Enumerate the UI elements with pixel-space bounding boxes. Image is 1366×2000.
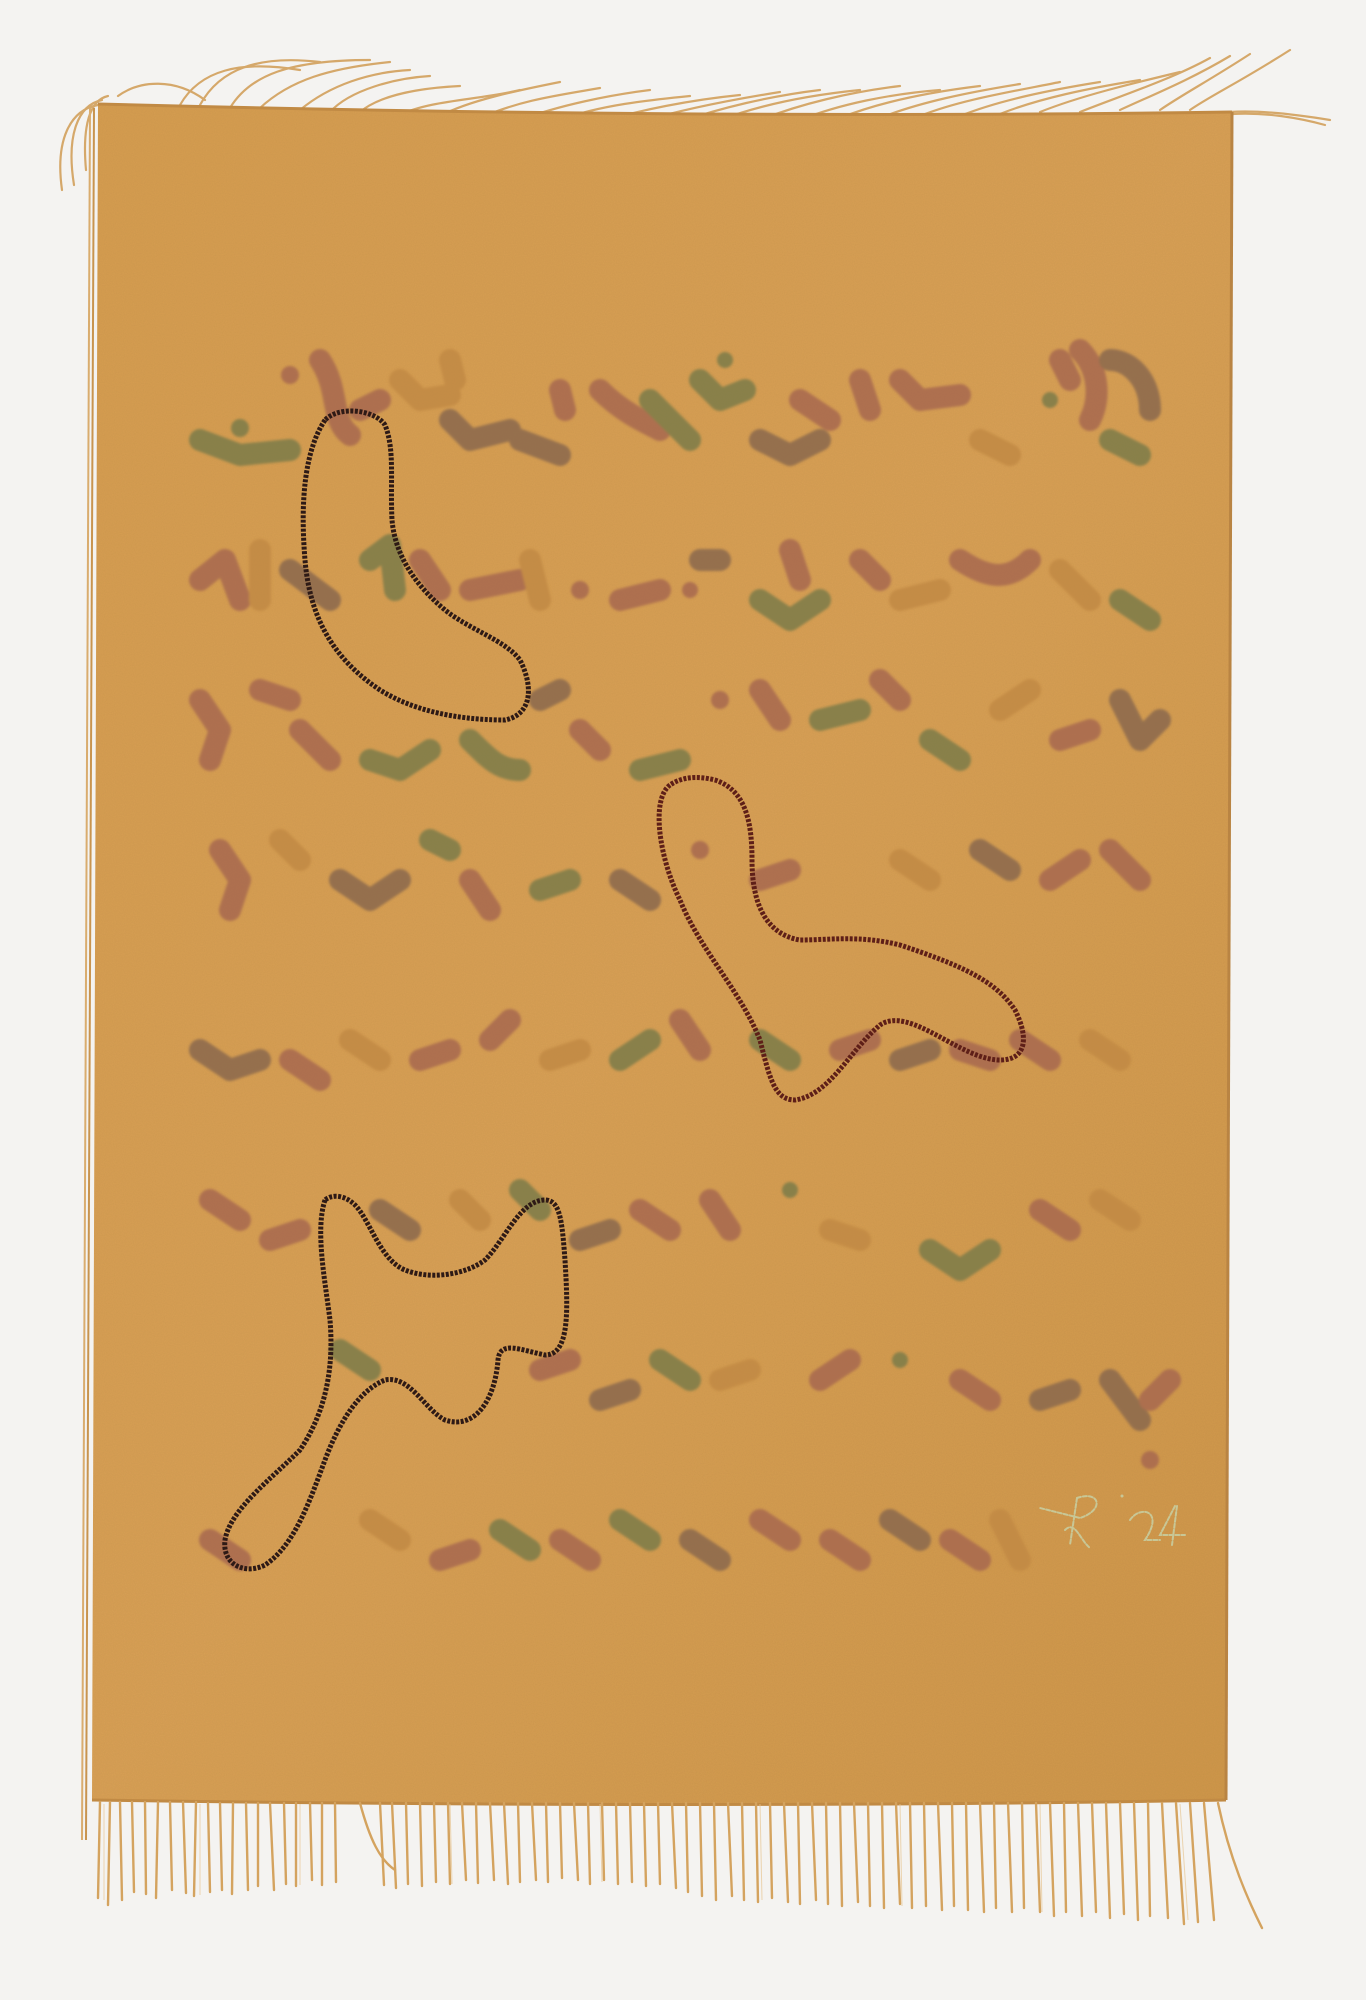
bottom-fringe [98, 1802, 1262, 1928]
textile-artwork [0, 0, 1366, 2000]
left-side-fringe [82, 108, 94, 1840]
photo-stage [0, 0, 1366, 2000]
